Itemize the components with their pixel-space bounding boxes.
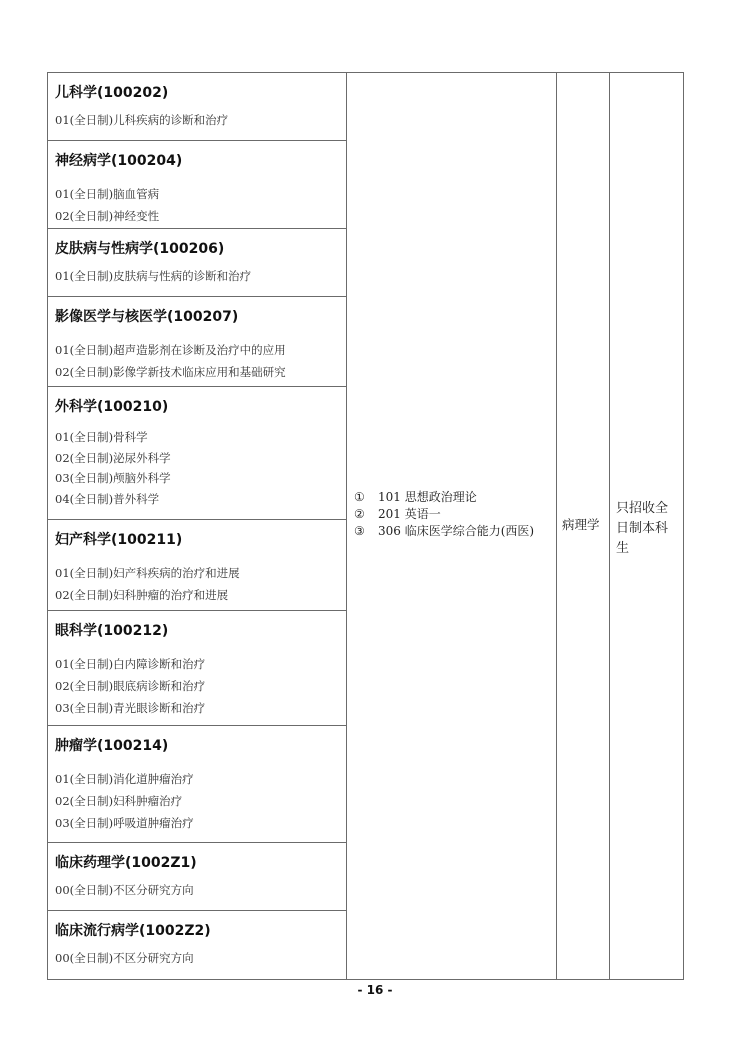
major-cell: 神经病学(100204) 01(全日制)脑血管病 02(全日制)神经变性 [48,141,347,229]
major-cell: 肿瘤学(100214) 01(全日制)消化道肿瘤治疗 02(全日制)妇科肿瘤治疗… [48,726,347,843]
research-direction: 04(全日制)普外科学 [55,489,347,510]
major-title: 肿瘤学(100214) [55,736,347,756]
research-direction: 00(全日制)不区分研究方向 [55,947,347,969]
remarks-cell: 只招收全 日制本科 生 [616,499,676,559]
research-direction: 01(全日制)儿科疾病的诊断和治疗 [55,109,347,131]
major-cell: 皮肤病与性病学(100206) 01(全日制)皮肤病与性病的诊断和治疗 [48,229,347,297]
research-direction: 03(全日制)呼吸道肿瘤治疗 [55,812,347,834]
column-divider [609,73,610,979]
research-direction: 01(全日制)白内障诊断和治疗 [55,653,347,675]
major-cell: 临床药理学(1002Z1) 00(全日制)不区分研究方向 [48,843,347,911]
exam-subjects-cell: ①101 思想政治理论 ②201 英语一 ③306 临床医学综合能力(西医) [354,489,534,540]
major-title: 临床药理学(1002Z1) [55,853,347,873]
research-direction: 01(全日制)消化道肿瘤治疗 [55,768,347,790]
major-title: 妇产科学(100211) [55,530,347,550]
research-direction: 02(全日制)眼底病诊断和治疗 [55,675,347,697]
research-direction: 02(全日制)妇科肿瘤的治疗和进展 [55,584,347,606]
major-cell: 外科学(100210) 01(全日制)骨科学 02(全日制)泌尿外科学 03(全… [48,387,347,520]
major-title: 眼科学(100212) [55,621,347,641]
research-direction: 03(全日制)颅脑外科学 [55,468,347,489]
major-cell: 影像医学与核医学(100207) 01(全日制)超声造影剂在诊断及治疗中的应用 … [48,297,347,387]
major-title: 外科学(100210) [55,397,347,417]
major-title: 神经病学(100204) [55,151,347,171]
exam-subject: ②201 英语一 [354,506,534,523]
research-direction: 02(全日制)神经变性 [55,205,347,227]
major-cell: 眼科学(100212) 01(全日制)白内障诊断和治疗 02(全日制)眼底病诊断… [48,611,347,726]
major-title: 临床流行病学(1002Z2) [55,921,347,941]
major-title: 皮肤病与性病学(100206) [55,239,347,259]
admissions-table: 儿科学(100202) 01(全日制)儿科疾病的诊断和治疗 神经病学(10020… [47,72,684,980]
research-direction: 01(全日制)超声造影剂在诊断及治疗中的应用 [55,339,347,361]
retest-subject: 病理学 [562,515,600,533]
major-title: 影像医学与核医学(100207) [55,307,347,327]
research-direction: 03(全日制)青光眼诊断和治疗 [55,697,347,719]
major-title: 儿科学(100202) [55,83,347,103]
major-cell: 妇产科学(100211) 01(全日制)妇产科疾病的治疗和进展 02(全日制)妇… [48,520,347,611]
major-cell: 儿科学(100202) 01(全日制)儿科疾病的诊断和治疗 [48,73,347,141]
research-direction: 01(全日制)妇产科疾病的治疗和进展 [55,562,347,584]
research-direction: 02(全日制)妇科肿瘤治疗 [55,790,347,812]
research-direction: 02(全日制)泌尿外科学 [55,448,347,469]
research-direction: 00(全日制)不区分研究方向 [55,879,347,901]
research-direction: 01(全日制)骨科学 [55,427,347,448]
exam-subject: ③306 临床医学综合能力(西医) [354,523,534,540]
research-direction: 01(全日制)皮肤病与性病的诊断和治疗 [55,265,347,287]
column-divider [556,73,557,979]
major-cell: 临床流行病学(1002Z2) 00(全日制)不区分研究方向 [48,911,347,979]
exam-subject: ①101 思想政治理论 [354,489,534,506]
page-number: - 16 - [0,983,750,997]
research-direction: 01(全日制)脑血管病 [55,183,347,205]
research-direction: 02(全日制)影像学新技术临床应用和基础研究 [55,361,347,383]
